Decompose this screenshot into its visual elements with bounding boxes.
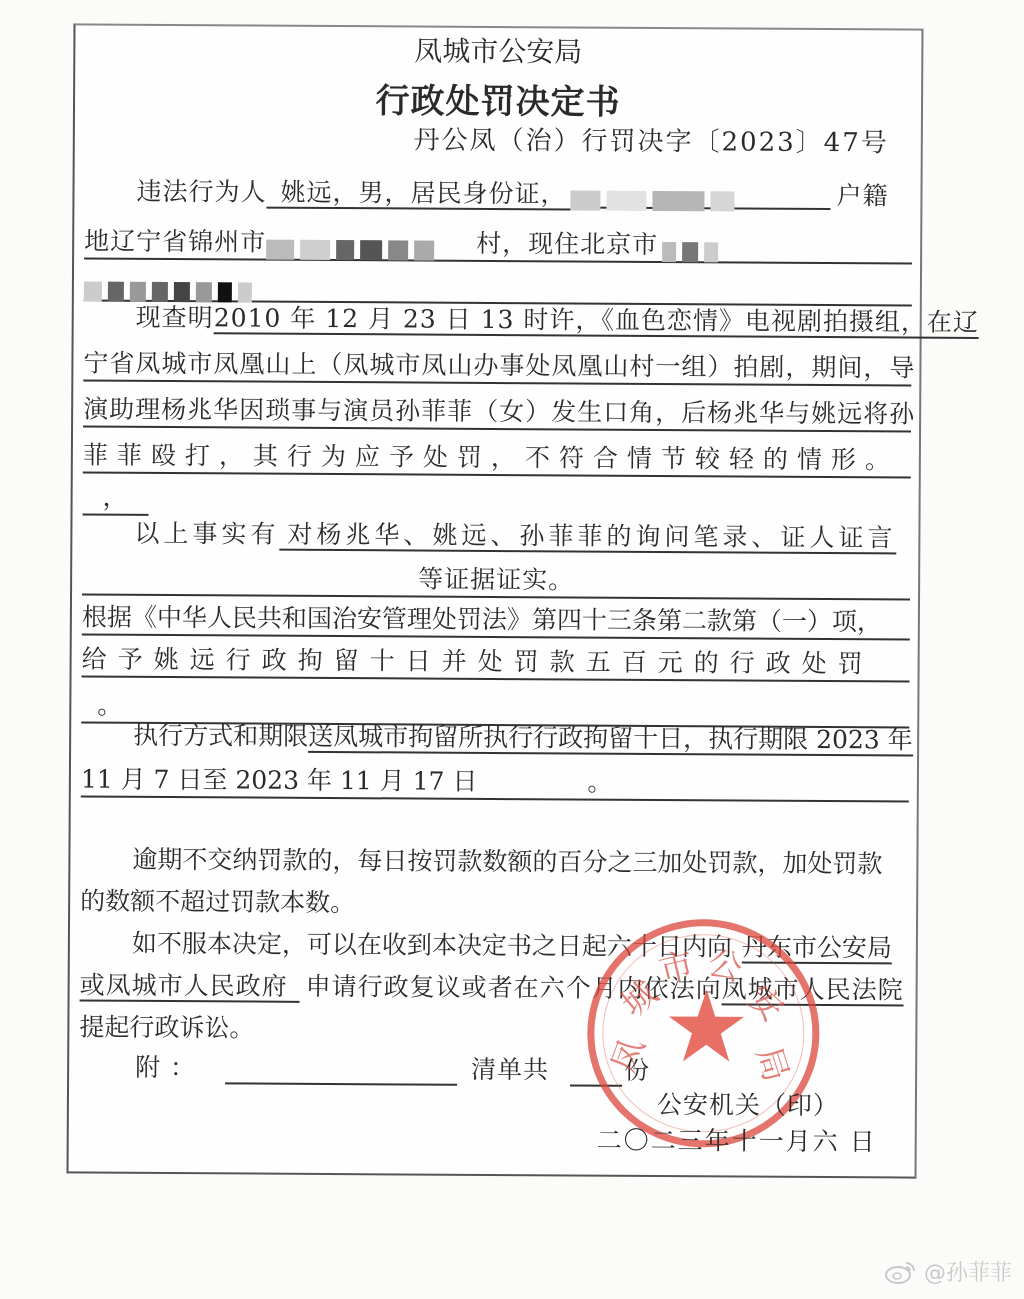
attachment-blank — [225, 1060, 457, 1085]
watermark: @孙菲菲 — [884, 1256, 1012, 1287]
redacted-residence — [84, 274, 258, 299]
document-number: 丹公凤（治）行罚决字〔2023〕47号 — [413, 119, 888, 159]
appeal-court: 凤城市人民法院 — [722, 974, 904, 1006]
attachment-line: 附 ： 清单共 份 — [79, 1047, 907, 1088]
issue-date: 二〇二三年十一月六 日 — [597, 1121, 877, 1159]
list-label: 清单共 — [471, 1055, 549, 1084]
appeal-line-3: 提起行政诉讼。 — [79, 1007, 907, 1048]
facts-line-3: 演助理杨兆华因琐事与演员孙菲菲（女）发生口角，后杨兆华与姚远将孙 — [83, 389, 911, 432]
document-title: 行政处罚决定书 — [75, 71, 921, 125]
facts-line-2: 宁省凤城市凤凰山上（凤城市凤山办事处凤凰山村一组）拍剧，期间，导 — [83, 343, 911, 386]
redacted-address — [266, 233, 476, 256]
authority-seal-label: 公安机关（印） — [657, 1085, 839, 1122]
watermark-handle: @孙菲菲 — [924, 1256, 1012, 1287]
basis-line-2: 给予姚远行政拘留十日并处罚款五百元的行政处罚 — [82, 639, 910, 682]
issuer-heading: 凤城市公安局 — [75, 27, 921, 72]
offender-label: 违法行为人 — [136, 177, 266, 207]
late-fee-line-2: 的数额不超过罚款本数。 — [80, 881, 908, 922]
facts-line-4: 菲菲殴打，其行为应予处罚，不符合情节较轻的情形。 — [83, 435, 911, 478]
facts-line-1: 现查明2010 年 12 月 23 日 13 时许，《血色恋情》电视剧拍摄组，在… — [84, 297, 912, 338]
redacted-id — [570, 184, 830, 210]
evidence-line-2: 等证据证实。 — [82, 557, 910, 600]
appeal-line-1: 如不服本决定，可以在收到本决定书之日起六十日内向丹东市公安局 — [80, 923, 908, 964]
basis-line-1: 根据《中华人民共和国治安管理处罚法》第四十三条第二款第（一）项， — [82, 597, 910, 640]
copies-label: 份 — [624, 1056, 650, 1085]
huji-label: 户籍 — [836, 181, 888, 210]
execution-line-1: 执行方式和期限送凤城市拘留所执行行政拘留十日，执行期限 2023 年 — [81, 715, 909, 756]
copies-blank — [570, 1062, 622, 1086]
weibo-icon — [884, 1259, 918, 1285]
offender-name: 姚远，男，居民身份证， — [266, 178, 570, 211]
appeal-authority-2: 或凤城市人民政府 — [80, 970, 300, 1002]
appeal-line-2: 或凤城市人民政府申请行政复议或者在六个月内依法向凤城市人民法院 — [80, 965, 908, 1006]
attachment-label: 附 ： — [135, 1053, 196, 1082]
late-fee-line-1: 逾期不交纳罚款的，每日按罚款数额的百分之三加处罚款，加处罚款 — [80, 839, 908, 880]
document-page: 凤城市公安局 行政处罚决定书 丹公凤（治）行罚决字〔2023〕47号 违法行为人… — [66, 23, 923, 1178]
evidence-line-1: 以上事实有对杨兆华、姚远、孙菲菲的询问笔录、证人证言 — [82, 513, 910, 554]
offender-line-2: 地辽宁省锦州市 村，现住北京市 — [84, 221, 912, 264]
offender-line-1: 违法行为人姚远，男，居民身份证， 户籍 — [84, 171, 912, 212]
execution-line-2: 11 月 7 日至 2023 年 11 月 17 日。 — [81, 759, 909, 802]
appeal-authority-1: 丹东市公安局 — [742, 933, 892, 965]
facts-line-5: ， — [83, 477, 149, 515]
